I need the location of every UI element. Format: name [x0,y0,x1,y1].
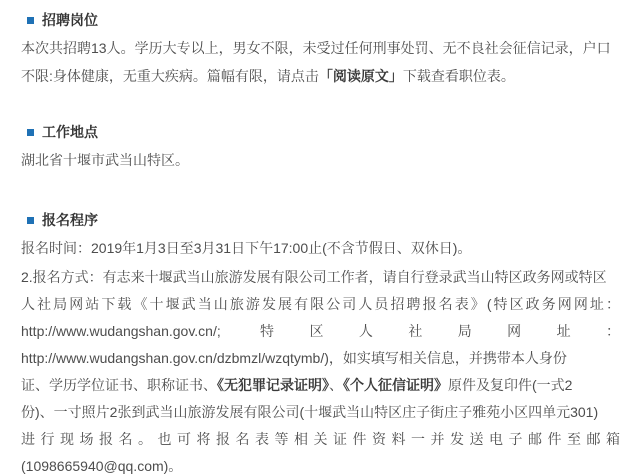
text-line-gov-url: http://www.wudangshan.gov.cn/; 特区人社局网址： [21,318,620,345]
square-bullet-icon [27,17,34,24]
url-text: http://www.wudangshan.gov.cn/; 特区人社局网址： [21,323,620,339]
email-text: (1098665940@qq.com)。 [21,458,182,474]
text-segment: 份)、一寸照片2张到武当山旅游发展有限公司(十堰武当山特区庄子街庄子雅苑小区四单… [21,404,598,420]
text-line: 湖北省十堰市武当山特区。 [21,146,620,174]
text-line-hr-url: http://www.wudangshan.gov.cn/dzbmzl/wzqt… [21,345,620,372]
text-line-email: (1098665940@qq.com)。 [21,453,620,476]
paragraph-application-time: 报名时间：2019年1月3日至3月31日下午17:00止(不含节假日、双休日)。 [21,234,620,262]
no-crime-cert-title: 《无犯罪记录证明》 [217,377,329,393]
text-segment: 湖北省十堰市武当山特区。 [21,152,189,168]
paragraph-recruit-overview: 本次共招聘13人。学历大专以上，男女不限，未受过任何刑事处罚、无不良社会征信记录… [21,34,620,90]
text-line: 报名时间：2019年1月3日至3月31日下午17:00止(不含节假日、双休日)。 [21,234,620,262]
text-line: 进行现场报名。也可将报名表等相关证件资料一并发送电子邮件至邮箱 [21,426,620,453]
square-bullet-icon [27,217,34,224]
text-line: 人社局网站下载《十堰武当山旅游发展有限公司人员招聘报名表》(特区政务网网址： [21,291,620,318]
section-heading-label: 报名程序 [42,206,98,234]
text-line: 不限:身体健康，无重大疾病。篇幅有限，请点击「阅读原文」下载查看职位表。 [21,62,620,90]
text-segment: 、 [329,377,343,393]
text-line: 2.报名方式：有志来十堰武当山旅游发展有限公司工作者，请自行登录武当山特区政务网… [21,264,620,291]
text-segment: 2.报名方式：有志来十堰武当山旅游发展有限公司工作者，请自行登录武当山特区政务网… [21,269,607,285]
section-heading-label: 招聘岗位 [42,6,98,34]
credit-cert-title: 《个人征信证明》 [343,377,448,393]
text-line: 份)、一寸照片2张到武当山旅游发展有限公司(十堰武当山特区庄子街庄子雅苑小区四单… [21,399,620,426]
paragraph-work-location: 湖北省十堰市武当山特区。 [21,146,620,174]
section-heading-label: 工作地点 [42,118,98,146]
section-heading-work-location: 工作地点 [21,118,620,146]
url-text: http://www.wudangshan.gov.cn/dzbmzl/wzqt… [21,350,567,366]
read-original-text: 「阅读原文」 [319,68,403,84]
section-heading-application-procedure: 报名程序 [21,206,620,234]
text-segment: 人社局网站下载《十堰武当山旅游发展有限公司人员招聘报名表》(特区政务网网址： [21,296,620,312]
text-segment: 不限:身体健康，无重大疾病。篇幅有限，请点击 [21,68,319,84]
text-segment: 本次共招聘13人。学历大专以上，男女不限，未受过任何刑事处罚、无不良社会征信记录… [21,40,611,56]
text-segment: 原件及复印件(一式2 [448,377,572,393]
section-heading-recruit-positions: 招聘岗位 [21,6,620,34]
text-line: 本次共招聘13人。学历大专以上，男女不限，未受过任何刑事处罚、无不良社会征信记录… [21,34,620,62]
paragraph-application-method: 2.报名方式：有志来十堰武当山旅游发展有限公司工作者，请自行登录武当山特区政务网… [21,264,620,476]
recruitment-article: 招聘岗位 本次共招聘13人。学历大专以上，男女不限，未受过任何刑事处罚、无不良社… [0,0,640,476]
text-segment: 进行现场报名。也可将报名表等相关证件资料一并发送电子邮件至邮箱 [21,431,620,447]
text-segment: 报名时间：2019年1月3日至3月31日下午17:00止(不含节假日、双休日)。 [21,240,471,256]
square-bullet-icon [27,129,34,136]
text-segment: 下载查看职位表。 [403,68,515,84]
text-line: 证、学历学位证书、职称证书、《无犯罪记录证明》、《个人征信证明》原件及复印件(一… [21,372,620,399]
text-segment: 证、学历学位证书、职称证书、 [21,377,217,393]
